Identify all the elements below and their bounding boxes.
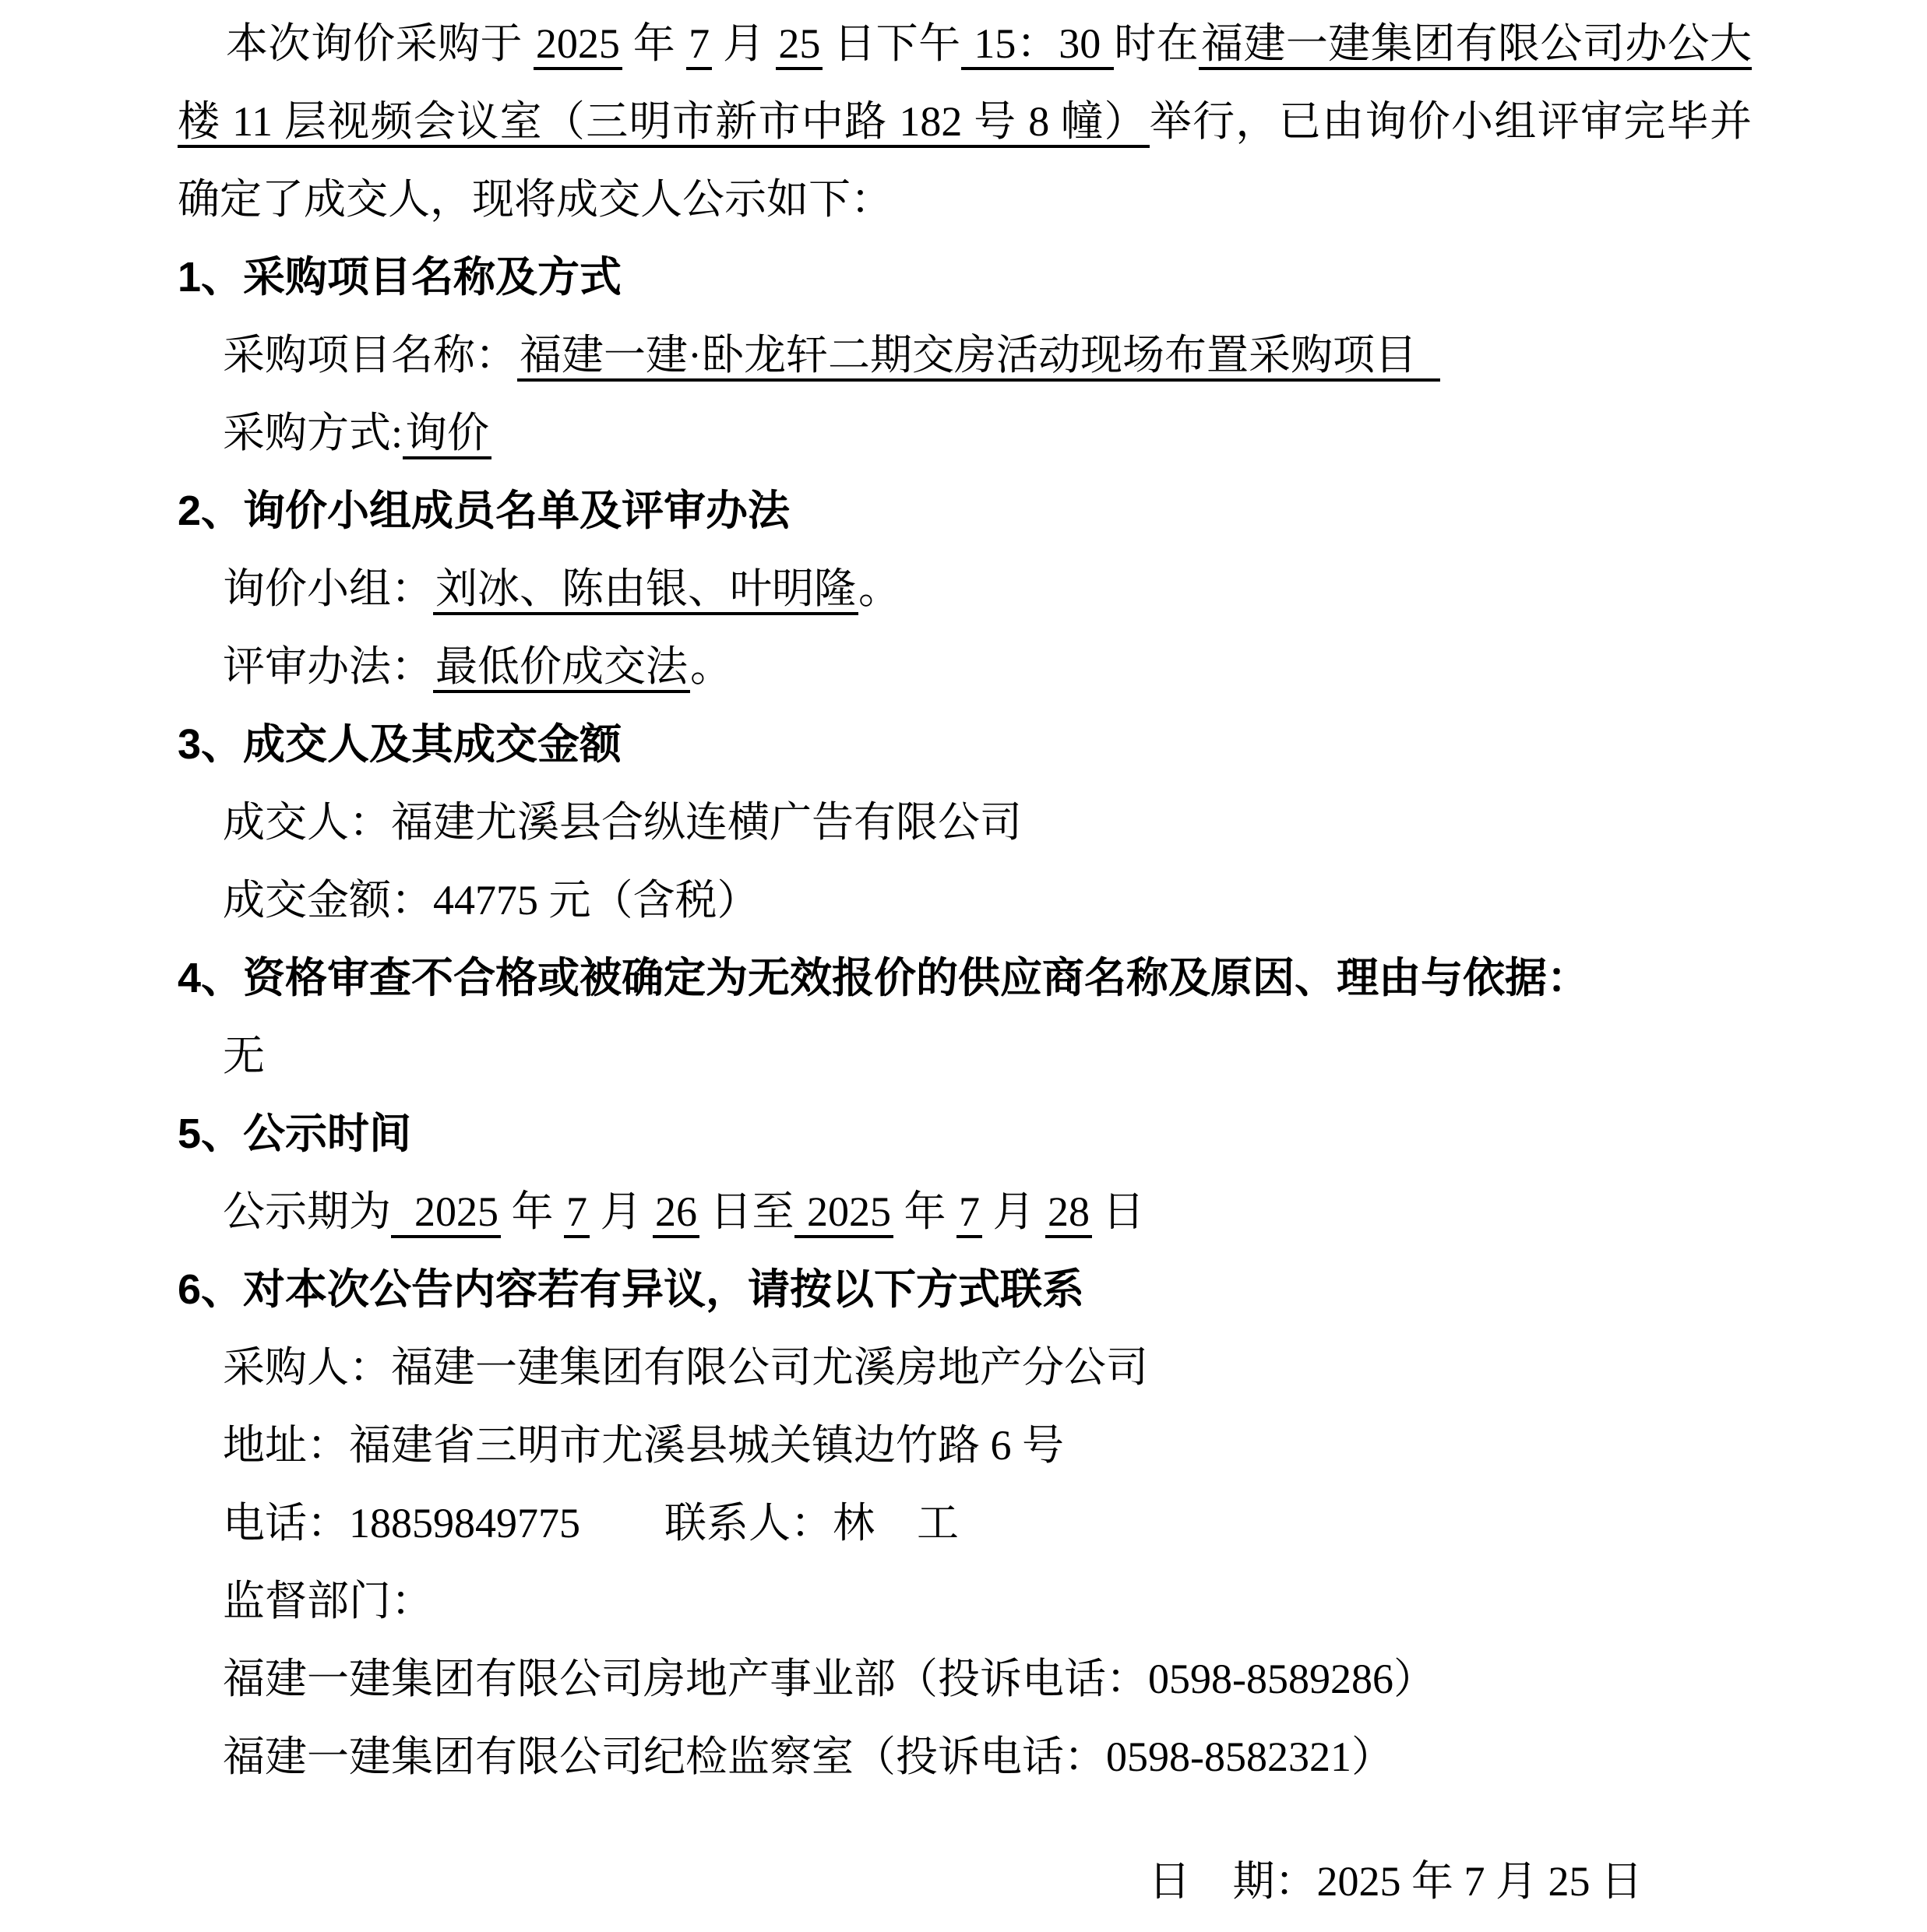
text-run: 采购方式: <box>223 410 403 456</box>
phone-contact-line: 电话：18859849775 联系人：林 工 <box>178 1484 1752 1562</box>
text-run: 时在 <box>1114 20 1199 67</box>
text-run: 年 <box>501 1188 564 1235</box>
text-run: 采购项目名称： <box>223 332 517 378</box>
date-line: 日 期：2025 年 7 月 25 日 <box>178 1842 1643 1920</box>
text-run: 年 <box>622 20 686 67</box>
complaint-line-discipline: 福建一建集团有限公司纪检监察室（投诉电话：0598-8582321） <box>178 1718 1752 1796</box>
text-run: 年 <box>893 1188 956 1235</box>
section-contact: 6、对本次公告内容若有异议，请按以下方式联系 采购人：福建一建集团有限公司尤溪房… <box>178 1251 1752 1796</box>
text-run: 日至 <box>699 1188 794 1235</box>
underlined-text-run: 25 <box>776 20 823 70</box>
section-procurement-name: 1、采购项目名称及方式 采购项目名称：福建一建·卧龙轩二期交房活动现场布置采购项… <box>178 238 1752 472</box>
text-run: 福建一建集团有限公司纪检监察室（投诉电话：0598-8582321） <box>223 1733 1393 1780</box>
underlined-text-run: 7 <box>564 1188 590 1238</box>
text-run: 月 <box>590 1188 653 1235</box>
none-line: 无 <box>178 1017 1752 1095</box>
section-4-heading: 4、资格审查不合格或被确定为无效报价的供应商名称及原因、理由与依据： <box>178 939 1752 1017</box>
complaint-line-realestate: 福建一建集团有限公司房地产事业部（投诉电话：0598-8589286） <box>178 1640 1752 1718</box>
section-2-heading: 2、询价小组成员名单及评审办法 <box>178 472 1752 550</box>
text-run: 日下午 <box>823 20 960 67</box>
procurement-method-line: 采购方式:询价 <box>178 394 1752 472</box>
underlined-text-run: 询价 <box>403 410 491 459</box>
text-run: 。 <box>690 643 732 690</box>
text-run: 询价小组： <box>223 565 433 612</box>
text-run: 日 <box>1092 1188 1145 1235</box>
underlined-text-run: 26 <box>653 1188 699 1238</box>
section-6-heading: 6、对本次公告内容若有异议，请按以下方式联系 <box>178 1251 1752 1328</box>
section-1-heading: 1、采购项目名称及方式 <box>178 238 1752 316</box>
section-disqualified-suppliers: 4、资格审查不合格或被确定为无效报价的供应商名称及原因、理由与依据： 无 <box>178 939 1752 1095</box>
text-run: 月 <box>982 1188 1045 1235</box>
review-method-line: 评审办法：最低价成交法。 <box>178 628 1752 706</box>
section-3-heading: 3、成交人及其成交金额 <box>178 706 1752 783</box>
section-winner: 3、成交人及其成交金额 成交人：福建尤溪县合纵连横广告有限公司 成交金额：447… <box>178 706 1752 939</box>
winner-name-line: 成交人：福建尤溪县合纵连横广告有限公司 <box>178 783 1752 861</box>
text-run: 监督部门： <box>223 1578 433 1624</box>
section-inquiry-team: 2、询价小组成员名单及评审办法 询价小组：刘冰、陈由银、叶明隆。 评审办法：最低… <box>178 472 1752 706</box>
text-run: 评审办法： <box>223 643 433 690</box>
underlined-text-run: 2025 <box>534 20 622 70</box>
text-run: 福建一建集团有限公司房地产事业部（投诉电话：0598-8589286） <box>223 1656 1436 1702</box>
intro-paragraph: 本次询价采购于 2025 年 7 月 25 日下午 15：30 时在福建一建集团… <box>178 5 1752 238</box>
procurement-project-name-line: 采购项目名称：福建一建·卧龙轩二期交房活动现场布置采购项目 <box>178 316 1752 394</box>
underlined-text-run: 福建一建·卧龙轩二期交房活动现场布置采购项目 <box>517 332 1440 382</box>
document-page: 本次询价采购于 2025 年 7 月 25 日下午 15：30 时在福建一建集团… <box>0 0 1927 1932</box>
address-line: 地址：福建省三明市尤溪县城关镇边竹路 6 号 <box>178 1406 1752 1484</box>
underlined-text-run: 2025 <box>794 1188 894 1238</box>
supervision-dept-line: 监督部门： <box>178 1562 1752 1640</box>
underlined-text-run: 15：30 <box>961 20 1115 70</box>
underlined-text-run: 7 <box>686 20 712 70</box>
inquiry-team-line: 询价小组：刘冰、陈由银、叶明隆。 <box>178 550 1752 628</box>
text-run: 电话：18859849775 联系人：林 工 <box>223 1500 959 1547</box>
text-run: 成交人：福建尤溪县合纵连横广告有限公司 <box>223 799 1022 846</box>
text-run: 无 <box>223 1033 265 1079</box>
winner-amount-line: 成交金额：44775 元（含税） <box>178 861 1752 939</box>
underlined-text-run: 刘冰、陈由银、叶明隆 <box>433 565 858 615</box>
underlined-text-run: 2025 <box>391 1188 501 1238</box>
section-5-heading: 5、公示时间 <box>178 1095 1752 1173</box>
publicity-period-line: 公示期为 2025 年 7 月 26 日至 2025 年 7 月 28 日 <box>178 1173 1752 1251</box>
underlined-text-run: 28 <box>1045 1188 1092 1238</box>
text-run: 公示期为 <box>223 1188 391 1235</box>
text-run: 月 <box>712 20 776 67</box>
text-run: 地址：福建省三明市尤溪县城关镇边竹路 6 号 <box>223 1422 1064 1469</box>
text-run: 采购人：福建一建集团有限公司尤溪房地产分公司 <box>223 1344 1148 1391</box>
underlined-text-run: 7 <box>956 1188 982 1238</box>
underlined-text-run: 最低价成交法 <box>433 643 690 693</box>
text-run: 。 <box>858 565 900 612</box>
text-run: 成交金额：44775 元（含税） <box>223 877 759 924</box>
purchaser-line: 采购人：福建一建集团有限公司尤溪房地产分公司 <box>178 1328 1752 1406</box>
section-publicity-period: 5、公示时间 公示期为 2025 年 7 月 26 日至 2025 年 7 月 … <box>178 1095 1752 1251</box>
text-run: 本次询价采购于 <box>226 20 534 67</box>
